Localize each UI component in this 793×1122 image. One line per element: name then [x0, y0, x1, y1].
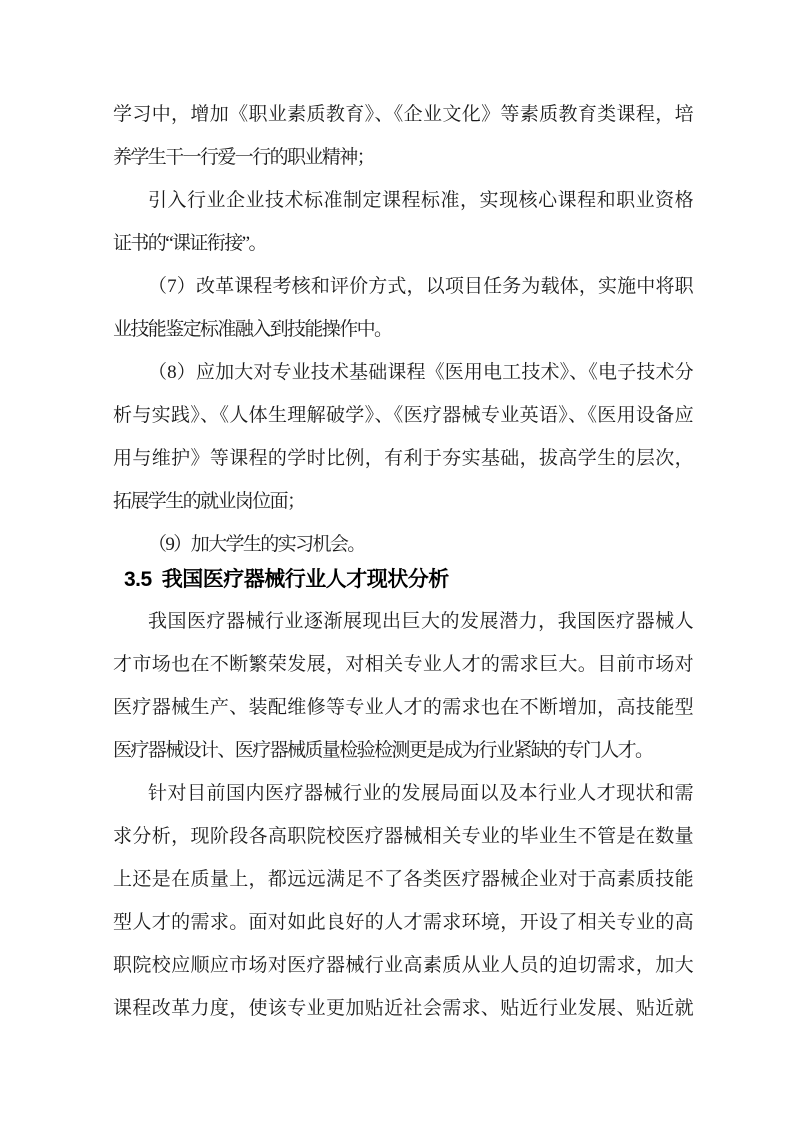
paragraph: 针对目前国内医疗器械行业的发展局面以及本行业人才现状和需求分析，现阶段各高职院校… — [113, 772, 692, 1030]
text-line: 型人才的需求。面对如此良好的人才需求环境，开设了相关专业的高 — [113, 901, 692, 944]
paragraph: （7）改革课程考核和评价方式，以项目任务为载体，实施中将职业技能鉴定标准融入到技… — [113, 265, 692, 351]
paragraph: 我国医疗器械行业逐渐展现出巨大的发展潜力，我国医疗器械人才市场也在不断繁荣发展，… — [113, 600, 692, 772]
text-line: （8）应加大对专业技术基础课程《医用电工技术》、《电子技术分 — [113, 351, 692, 394]
text-line: （7）改革课程考核和评价方式，以项目任务为载体，实施中将职 — [113, 265, 692, 308]
text-line: 证书的“课证衔接”。 — [113, 222, 692, 265]
text-line: 养学生干一行爱一行的职业精神； — [113, 136, 692, 179]
text-line: 析与实践》、《人体生理解破学》、《医疗器械专业英语》、《医用设备应 — [113, 394, 692, 437]
paragraph: （8）应加大对专业技术基础课程《医用电工技术》、《电子技术分析与实践》、《人体生… — [113, 351, 692, 523]
paragraph: 引入行业企业技术标准制定课程标准，实现核心课程和职业资格证书的“课证衔接”。 — [113, 179, 692, 265]
text-line: 职院校应顺应市场对医疗器械行业高素质从业人员的迫切需求，加大 — [113, 944, 692, 987]
text-line: 业技能鉴定标准融入到技能操作中。 — [113, 308, 692, 351]
text-line: 针对目前国内医疗器械行业的发展局面以及本行业人才现状和需 — [113, 772, 692, 815]
text-line: 我国医疗器械行业逐渐展现出巨大的发展潜力，我国医疗器械人 — [113, 600, 692, 643]
section-heading-number: 3.5 — [124, 568, 152, 591]
text-line: 上还是在质量上，都远远满足不了各类医疗器械企业对于高素质技能 — [113, 858, 692, 901]
text-line: 用与维护》等课程的学时比例，有利于夯实基础，拔高学生的层次， — [113, 437, 692, 480]
text-line: 引入行业企业技术标准制定课程标准，实现核心课程和职业资格 — [113, 179, 692, 222]
text-line: 求分析，现阶段各高职院校医疗器械相关专业的毕业生不管是在数量 — [113, 815, 692, 858]
document-content: 学习中，增加《职业素质教育》、《企业文化》等素质教育类课程，培养学生干一行爱一行… — [0, 0, 793, 1030]
text-line: 拓展学生的就业岗位面； — [113, 480, 692, 523]
text-line: 医疗器械设计、医疗器械质量检验检测更是成为行业紧缺的专门人才。 — [113, 729, 692, 772]
section-heading: 3.5我国医疗器械行业人才现状分析 — [124, 560, 692, 600]
text-line: 课程改革力度，使该专业更加贴近社会需求、贴近行业发展、贴近就 — [113, 987, 692, 1030]
text-line: 学习中，增加《职业素质教育》、《企业文化》等素质教育类课程，培 — [113, 93, 692, 136]
section-heading-title: 我国医疗器械行业人才现状分析 — [162, 568, 449, 591]
paragraph: 学习中，增加《职业素质教育》、《企业文化》等素质教育类课程，培养学生干一行爱一行… — [113, 93, 692, 179]
text-line: 才市场也在不断繁荣发展，对相关专业人才的需求巨大。目前市场对 — [113, 643, 692, 686]
text-line: 医疗器械生产、装配维修等专业人才的需求也在不断增加，高技能型 — [113, 686, 692, 729]
document-page: 学习中，增加《职业素质教育》、《企业文化》等素质教育类课程，培养学生干一行爱一行… — [0, 0, 793, 1122]
